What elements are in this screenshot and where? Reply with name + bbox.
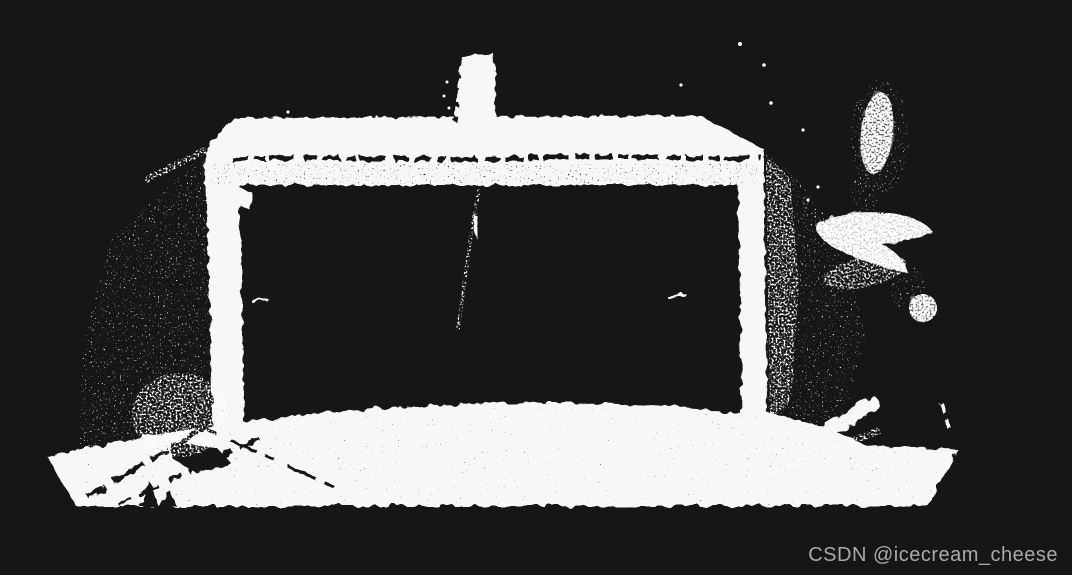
binary-scene-image: CSDN @icecream_cheese	[0, 0, 1072, 575]
apron-grain-noise	[210, 164, 760, 184]
scene-svg	[0, 0, 1072, 575]
watermark-text: CSDN @icecream_cheese	[808, 544, 1058, 567]
table-right-leg	[738, 184, 767, 417]
